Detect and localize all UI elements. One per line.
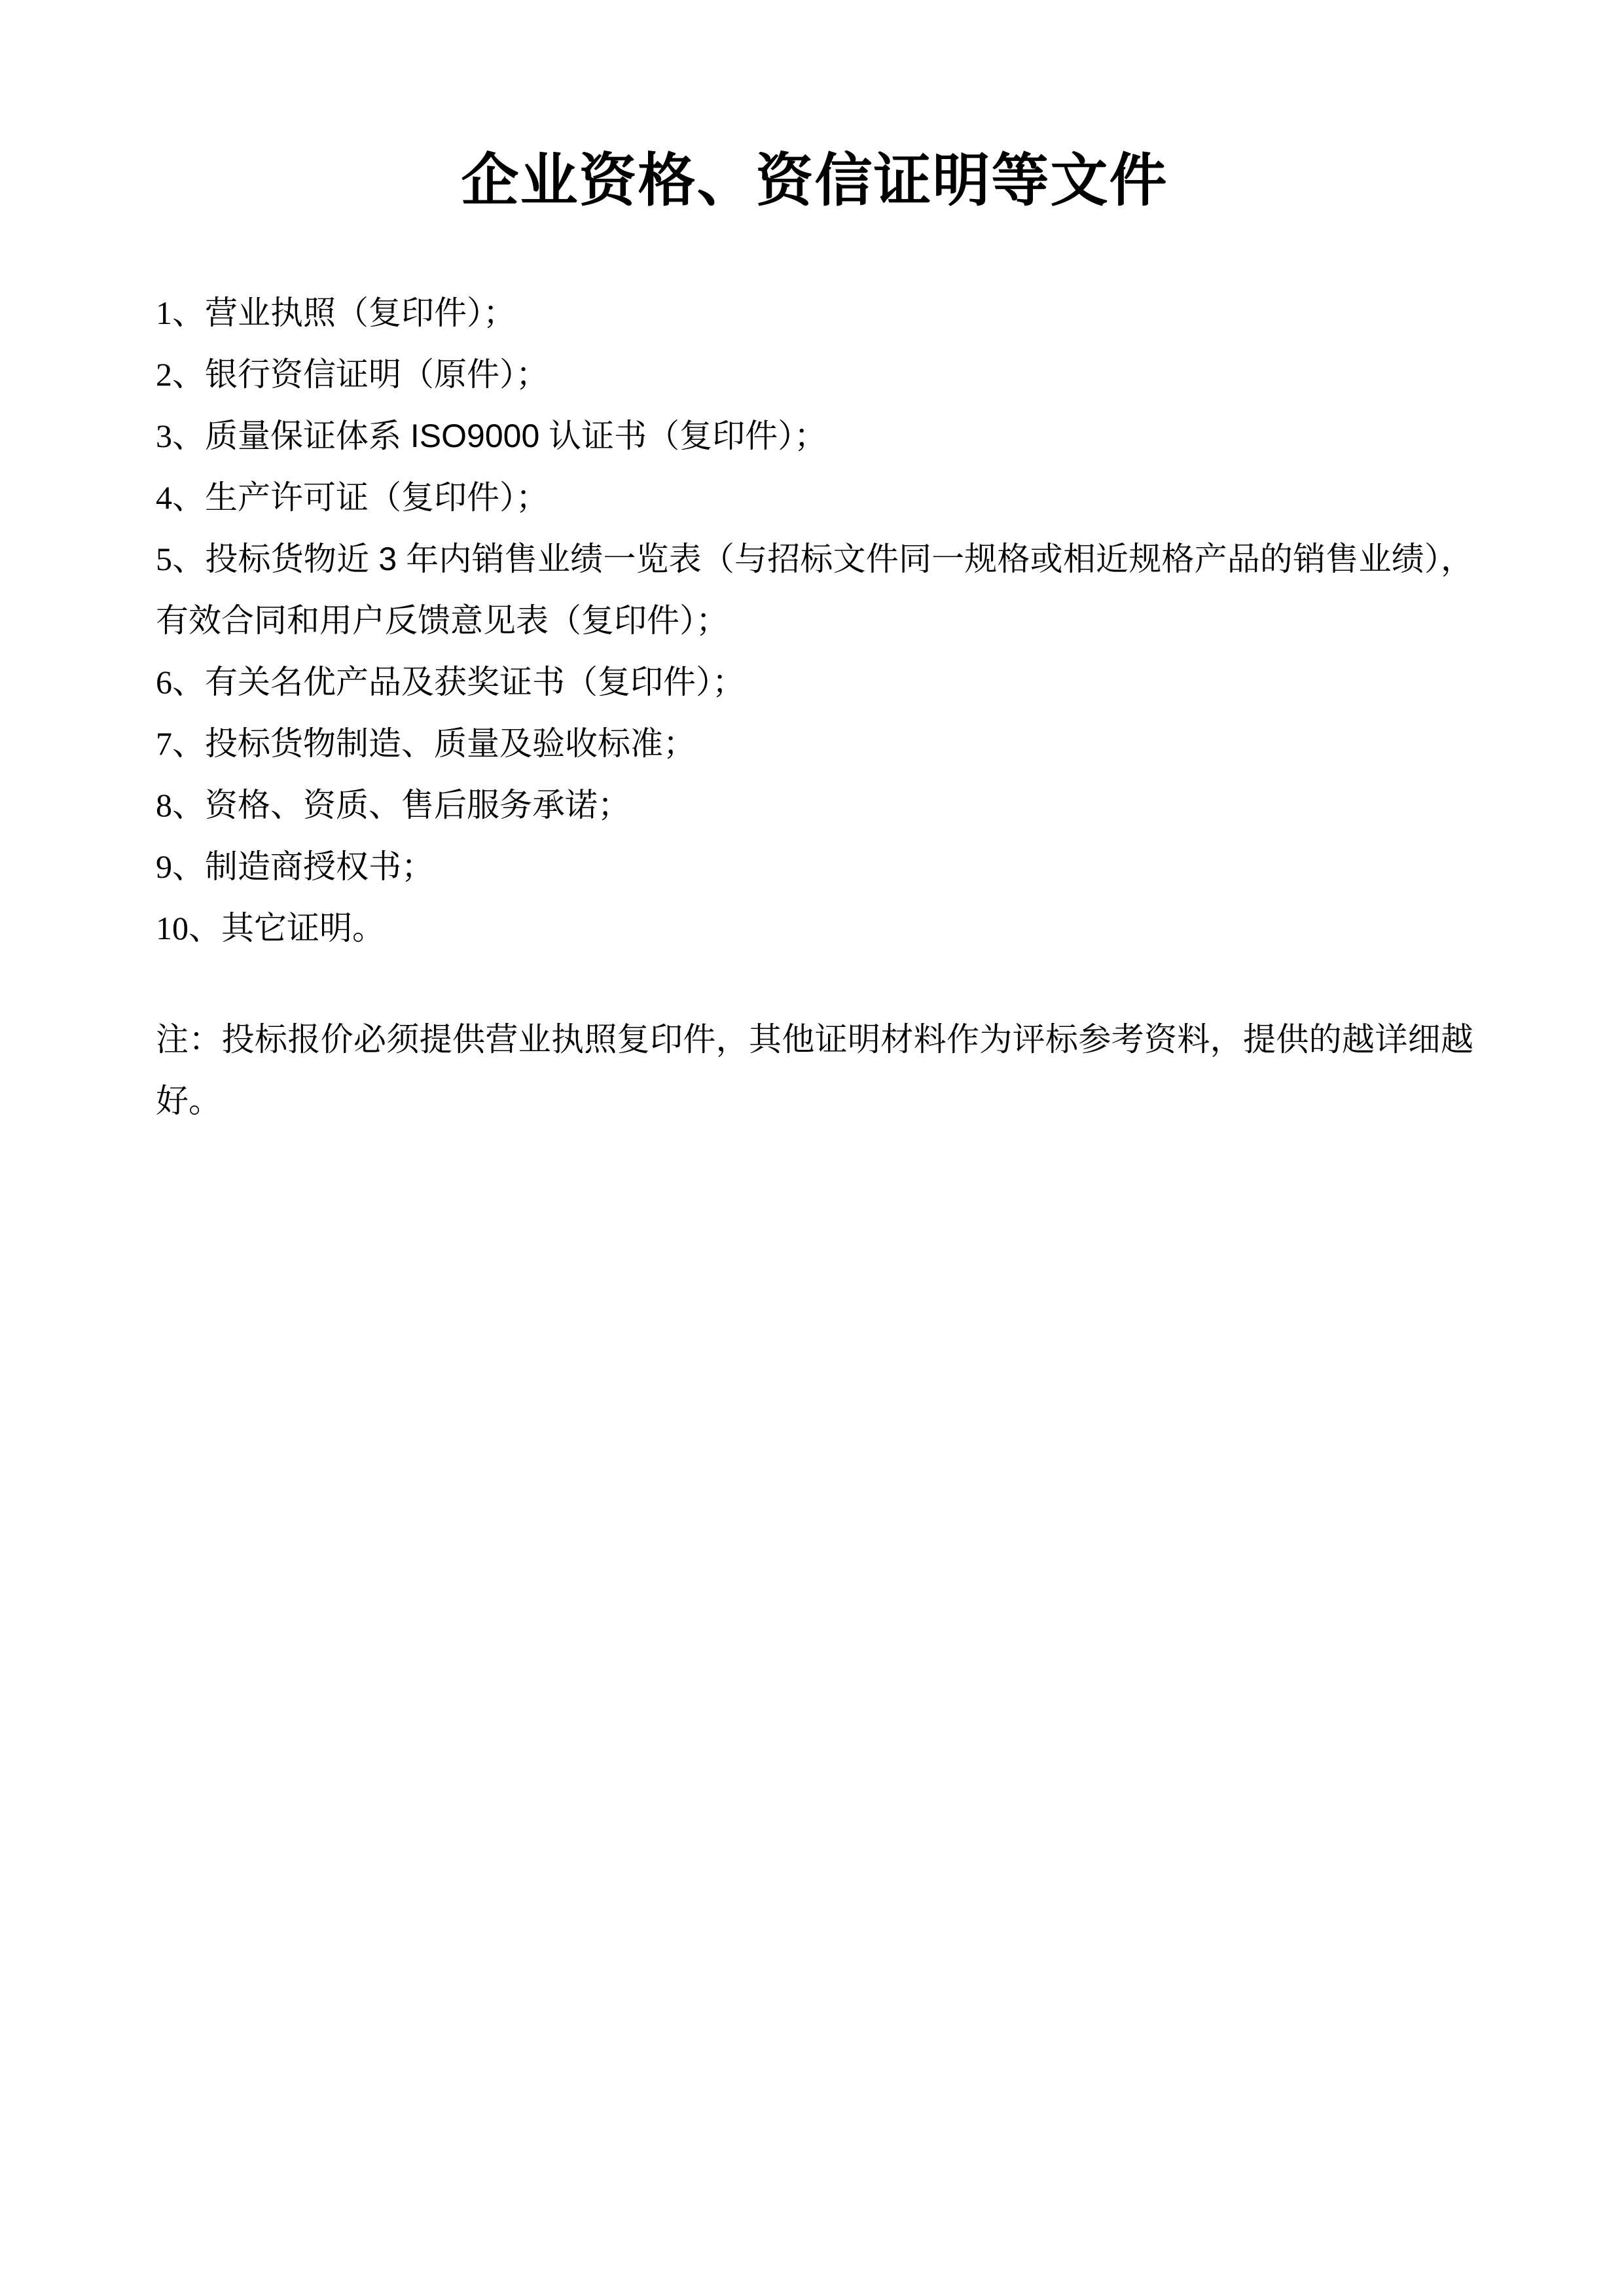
list-item: 6、有关名优产品及获奖证书（复印件）； [156,651,1473,713]
list-item: 3、质量保证体系 ISO9000 认证书（复印件）； [156,405,1473,467]
list-item: 4、生产许可证（复印件）； [156,467,1473,528]
list-item: 8、资格、资质、售后服务承诺； [156,774,1473,836]
item-text: 银行资信证明（原件）； [205,356,549,393]
item-number: 7、 [156,725,205,762]
list-item: 9、制造商授权书； [156,836,1473,897]
list-item: 5、投标货物近 3 年内销售业绩一览表（与招标文件同一规格或相近规格产品的销售业… [156,528,1473,651]
item-text: 营业执照（复印件）； [205,295,516,331]
note-paragraph: 注：投标报价必须提供营业执照复印件，其他证明材料作为评标参考资料，提供的越详细越… [156,1009,1473,1132]
list-item: 7、投标货物制造、质量及验收标准； [156,713,1473,774]
item-text: 投标货物制造、质量及验收标准； [205,725,696,762]
list-item: 2、银行资信证明（原件）； [156,344,1473,405]
item-number: 10、 [156,910,221,946]
item-number: 5、 [156,541,205,577]
item-number: 2、 [156,356,205,393]
list-item: 1、营业执照（复印件）； [156,282,1473,344]
document-page: 企业资格、资信证明等文件 1、营业执照（复印件）； 2、银行资信证明（原件）； … [0,0,1624,2296]
item-text: 质量保证体系 ISO9000 认证书（复印件）； [205,418,827,454]
item-number: 8、 [156,787,205,823]
list-item: 10、其它证明。 [156,897,1473,959]
item-number: 1、 [156,295,205,331]
item-number: 6、 [156,664,205,700]
item-text: 有关名优产品及获奖证书（复印件）； [205,664,745,700]
item-number: 3、 [156,418,205,454]
item-text: 投标货物近 3 年内销售业绩一览表（与招标文件同一规格或相近规格产品的销售业绩）… [156,541,1473,639]
page-title: 企业资格、资信证明等文件 [156,152,1473,209]
item-text: 制造商授权书； [205,848,434,885]
item-number: 4、 [156,479,205,516]
item-text: 生产许可证（复印件）； [205,479,549,516]
item-text: 资格、资质、售后服务承诺； [205,787,630,823]
item-number: 9、 [156,848,205,885]
item-text: 其它证明。 [221,910,385,946]
